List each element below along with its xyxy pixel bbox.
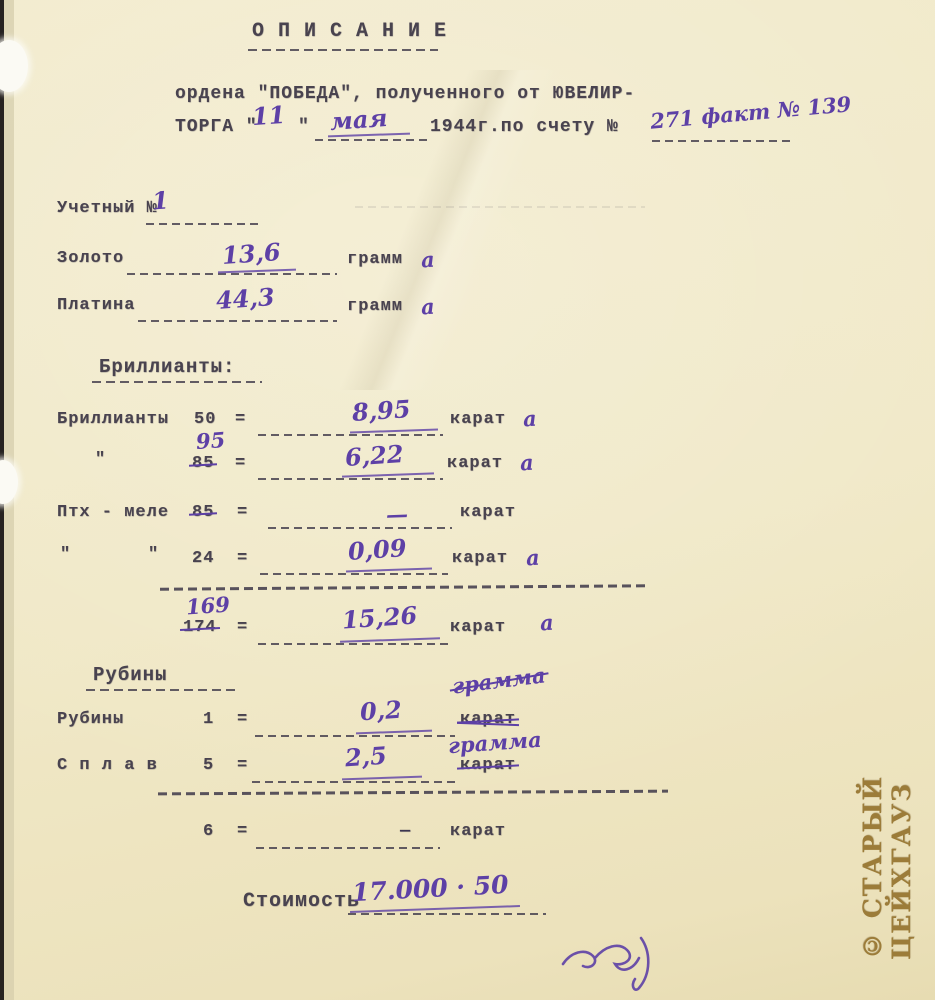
brilliants-row3-qty-struck: 85 — [192, 503, 214, 522]
brilliants-total-qty-struck: 174 — [183, 618, 217, 637]
brilliants-total-unit: карат — [450, 618, 506, 637]
equals-sign: = — [237, 710, 248, 729]
brilliants-row3-label: Птх - меле — [57, 503, 169, 522]
brilliants-row2-qty-struck: 85 — [192, 454, 214, 473]
brilliants-row3-unit: карат — [460, 503, 516, 522]
rubies-row1-qty: 1 — [203, 710, 214, 729]
handwritten-brilliants-row4-value: 0,09 — [347, 533, 407, 566]
handwritten-underline — [350, 905, 520, 913]
binder-hole-mark — [0, 40, 28, 92]
platinum-ruling-line — [138, 320, 337, 322]
cost-label: Стоимость — [243, 890, 360, 913]
intro-line2-prefix: ТОРГА " — [175, 117, 258, 137]
field-gold-label: Золото — [57, 249, 124, 268]
platinum-unit: грамм — [347, 297, 403, 316]
equals-sign: = — [235, 410, 246, 429]
brilliants-row4-ruling — [260, 573, 448, 575]
equals-sign: = — [237, 503, 248, 522]
handwritten-brilliants-row1-unit-suffix: а — [522, 406, 537, 432]
handwritten-underline — [350, 428, 438, 433]
rubies-heading: Рубины — [93, 664, 167, 686]
brilliants-row1-ruling — [258, 434, 443, 436]
equals-sign: = — [235, 454, 246, 473]
brilliants-row1-qty: 50 — [194, 410, 216, 429]
document-title: О П И С А Н И Е — [252, 20, 447, 43]
equals-sign: = — [237, 618, 248, 637]
rubies-row1-ruling — [255, 735, 455, 737]
brilliants-row3-ruling — [268, 527, 452, 529]
ghost-bleedthrough-line — [355, 206, 645, 208]
handwritten-brilliants-row2-unit-suffix: а — [519, 450, 534, 476]
handwritten-brilliants-row2-value: 6,22 — [344, 439, 404, 472]
handwritten-underline — [340, 637, 440, 642]
handwritten-day: 11 — [251, 100, 286, 131]
handwritten-gold-value: 13,6 — [221, 237, 281, 270]
handwritten-underline — [342, 776, 422, 781]
equals-sign: = — [237, 822, 248, 841]
ditto-mark: " — [148, 545, 159, 564]
handwritten-rubies-row2-correction: грамма — [447, 727, 542, 758]
rubies-heading-underline — [86, 689, 238, 691]
handwritten-signature — [555, 922, 685, 1000]
intro-line2-rest: 1944г.по счету № — [430, 117, 619, 137]
brilliants-heading-underline — [92, 381, 262, 383]
handwritten-platinum-value: 44,3 — [215, 282, 275, 315]
handwritten-brilliants-row4-unit-suffix: а — [525, 545, 540, 571]
field-uchet-label: Учетный № — [57, 199, 158, 218]
equals-sign: = — [237, 549, 248, 568]
rubies-row2-label: С п л а в — [57, 756, 158, 775]
rubies-row2-ruling — [252, 781, 455, 783]
title-underline — [248, 49, 438, 51]
gold-unit: грамм — [347, 250, 403, 269]
rubies-row2-unit-struck: карат — [460, 756, 516, 775]
invoice-ruling-line — [652, 140, 792, 142]
month-ruling-line — [315, 139, 427, 141]
brilliants-row2-unit: карат — [447, 454, 503, 473]
brilliants-row4-unit: карат — [452, 549, 508, 568]
rubies-row1-label: Рубины — [57, 710, 124, 729]
handwritten-cost-value: 17.000 · 50 — [351, 870, 509, 907]
rubies-row2-qty: 5 — [203, 756, 214, 775]
rubies-total-unit: карат — [450, 822, 506, 841]
handwritten-brilliants-total-qty-correction: 169 — [185, 592, 230, 620]
cost-ruling-line — [348, 913, 546, 915]
handwritten-underline — [346, 567, 432, 572]
handwritten-month: мая — [329, 103, 388, 136]
gold-ruling-line — [127, 273, 337, 275]
brilliants-total-ruling — [258, 643, 450, 645]
rubies-total-ruling — [256, 847, 440, 849]
handwritten-uchet-value: 1 — [151, 185, 170, 215]
rubies-total-qty: 6 — [203, 822, 214, 841]
brilliants-row1-unit: карат — [450, 410, 506, 429]
handwritten-brilliants-row3-value: — — [386, 502, 409, 529]
rubies-row1-unit-struck: карат — [460, 710, 516, 729]
binder-hole-mark — [0, 460, 18, 504]
handwritten-underline — [356, 730, 432, 735]
brilliants-heading: Бриллианты: — [99, 356, 235, 378]
handwritten-gold-unit-suffix: а — [420, 247, 435, 273]
watermark-text: © СТАРЫЙ ЦЕЙХГАУЗ — [858, 638, 910, 960]
brilliants-row2-ruling — [258, 478, 443, 480]
handwritten-rubies-row1-value: 0,2 — [359, 695, 403, 727]
intro-line2-quote: " — [298, 117, 310, 137]
field-platinum-label: Платина — [57, 296, 135, 315]
brilliants-row1-label: Бриллианты — [57, 410, 169, 429]
uchet-ruling-line — [146, 223, 258, 225]
handwritten-platinum-unit-suffix: а — [420, 294, 435, 320]
document-scan: О П И С А Н И Е ордена "ПОБЕДА", получен… — [0, 0, 935, 1000]
intro-line1: ордена "ПОБЕДА", полученного от ЮВЕЛИР- — [175, 84, 635, 104]
brilliants-total-separator — [160, 584, 648, 590]
handwritten-underline — [342, 472, 434, 477]
handwritten-brilliants-row2-qty-correction: 95 — [195, 427, 226, 454]
handwritten-brilliants-total-unit-suffix: а — [539, 610, 554, 636]
rubies-total-value: — — [400, 822, 411, 841]
ditto-mark: " — [95, 450, 106, 469]
rubies-total-separator — [158, 790, 668, 796]
handwritten-brilliants-row1-value: 8,95 — [351, 394, 411, 427]
handwritten-brilliants-total-value: 15,26 — [341, 600, 418, 634]
handwritten-invoice: 271 факт № 139 — [649, 91, 852, 133]
equals-sign: = — [237, 756, 248, 775]
handwritten-rubies-row2-value: 2,5 — [344, 741, 388, 773]
ditto-mark: " — [60, 545, 71, 564]
brilliants-row4-qty: 24 — [192, 549, 214, 568]
handwritten-rubies-row1-correction-struck: грамма — [451, 662, 547, 698]
